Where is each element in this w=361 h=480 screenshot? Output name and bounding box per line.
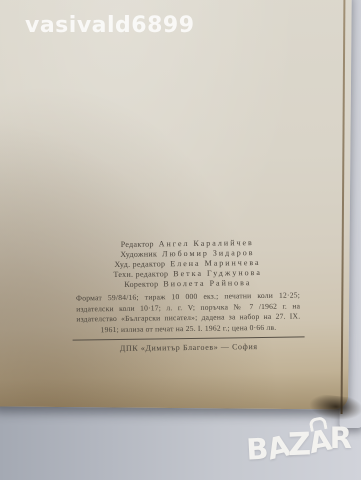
credit-role: Коректор <box>124 279 158 288</box>
credit-name: Любомир Зидаров <box>162 248 254 258</box>
credit-name: Ветка Гуджунова <box>173 268 262 278</box>
photo-scene: РедакторАнгел Каралийчев ХудожникЛюбомир… <box>0 0 361 480</box>
credit-name: Елена Маринчева <box>170 258 260 268</box>
separator-rule <box>73 336 305 340</box>
credit-name: Виолета Райнова <box>163 278 251 288</box>
bazar-logo: BAZAR <box>244 421 353 468</box>
credit-name: Ангел Каралийчев <box>159 238 254 248</box>
credit-role: Редактор <box>121 239 154 248</box>
credit-line: КоректорВиолета Райнова <box>72 277 304 290</box>
logo-letter: R <box>330 421 351 455</box>
credit-role: Художник <box>120 249 157 259</box>
credit-role: Худ. редактор <box>114 259 165 269</box>
colophon-block: РедакторАнгел Каралийчев ХудожникЛюбомир… <box>71 237 305 353</box>
seller-watermark: vasivald6899 <box>25 13 195 38</box>
credit-role: Техн. редактор <box>113 269 168 279</box>
imprint-text: Формат 59/84/16; тираж 10 000 екз.; печа… <box>76 290 301 335</box>
